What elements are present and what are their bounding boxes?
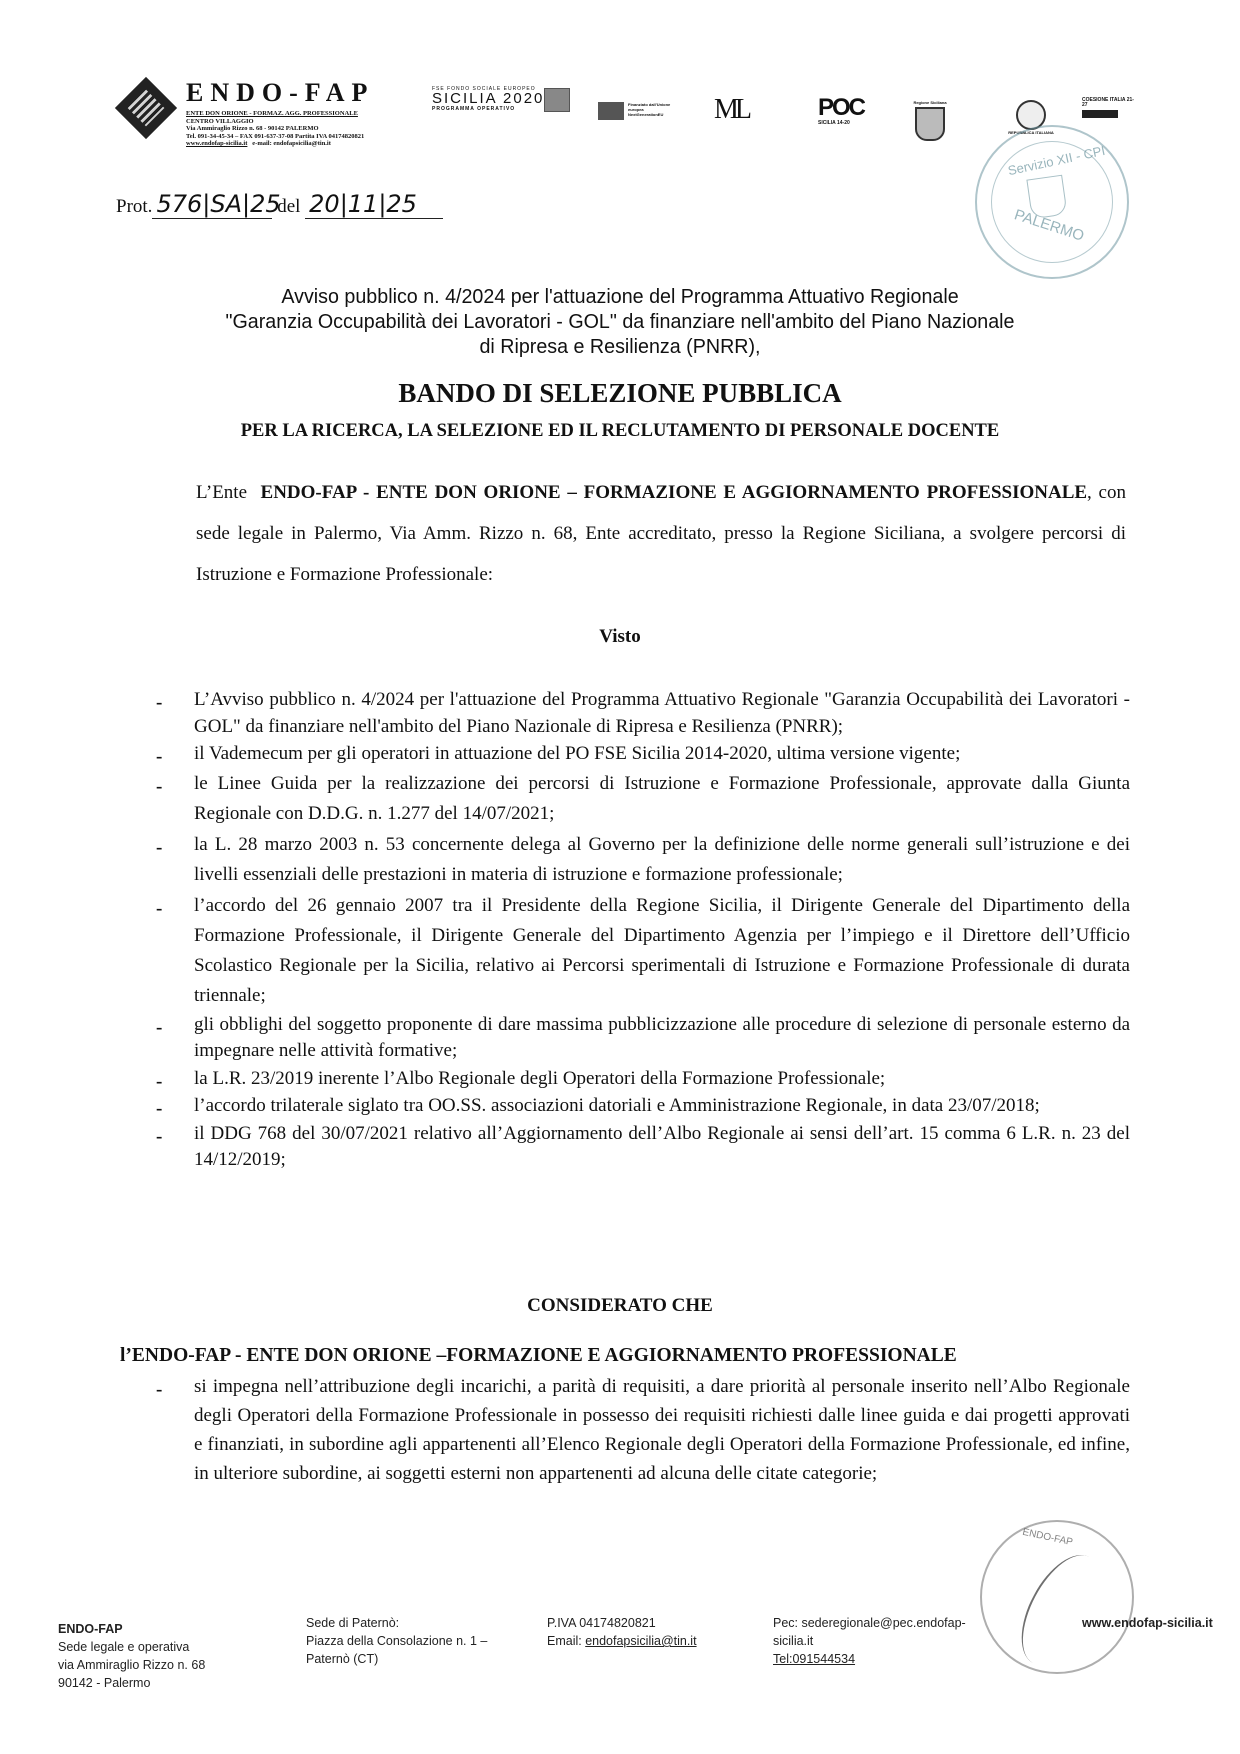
bando-heading: BANDO DI SELEZIONE PUBBLICA [140, 378, 1100, 409]
eu-nextgen-logo: Finanziato dall'Unione europea NextGener… [598, 100, 678, 120]
coesione-label: COESIONE ITALIA 21-27 [1082, 98, 1134, 108]
footer-web-link[interactable]: www.endofap-sicilia.it [1082, 1614, 1240, 1632]
list-item: il DDG 768 del 30/07/2021 relativo all’A… [148, 1121, 1130, 1174]
regione-label: Regione Siciliana [908, 100, 952, 105]
endo-line4: Tel. 091-34-45-34 – FAX 091-637-37-08 Pa… [186, 133, 446, 141]
list-item: la L.R. 23/2019 inerente l’Albo Regional… [148, 1066, 1130, 1093]
footer-col-paterno: Sede di Paternò: Piazza della Consolazio… [306, 1614, 536, 1668]
coesione-italia-logo: COESIONE ITALIA 21-27 [1082, 98, 1134, 120]
intro-paragraph: L’Ente ENDO-FAP - ENTE DON ORIONE – FORM… [196, 472, 1126, 595]
footer-email-link[interactable]: endofapsicilia@tin.it [585, 1634, 696, 1648]
list-item: la L. 28 marzo 2003 n. 53 concernente de… [148, 830, 1130, 890]
endo-fap-emblem-icon [115, 77, 177, 139]
considerato-list: si impegna nell’attribuzione degli incar… [148, 1372, 1130, 1489]
endo-line1: ENTE DON ORIONE - FORMAZ. AGG. PROFESSIO… [186, 110, 446, 118]
footer-col-pec: Pec: sederegionale@pec.endofap- sicilia.… [773, 1614, 993, 1668]
regione-siciliana-logo: Regione Siciliana [908, 100, 952, 146]
list-item: il Vademecum per gli operatori in attuaz… [148, 741, 1130, 768]
intro-entity: ENDO-FAP - ENTE DON ORIONE – FORMAZIONE … [261, 482, 1088, 503]
intro-prefix: L’Ente [196, 482, 247, 503]
endo-line2: CENTRO VILLAGGIO [186, 118, 446, 126]
footer-piva: P.IVA 04174820821 [547, 1614, 757, 1632]
regione-shield-icon [915, 107, 945, 141]
list-item: le Linee Guida per la realizzazione dei … [148, 769, 1130, 829]
endo-web-link[interactable]: www.endofap-sicilia.it [186, 140, 247, 147]
considerato-heading: CONSIDERATO CHE [140, 1295, 1100, 1317]
footer-col-piva: P.IVA 04174820821 Email: endofapsicilia@… [547, 1614, 757, 1650]
footer-endo-line2: via Ammiraglio Rizzo n. 68 [58, 1656, 278, 1674]
list-item: L’Avviso pubblico n. 4/2024 per l'attuaz… [148, 687, 1130, 740]
endo-email: e-mail: endofapsicilia@tin.it [252, 140, 331, 147]
endo-fap-logo: ENDO-FAP ENTE DON ORIONE - FORMAZ. AGG. … [120, 78, 420, 158]
list-item: l’accordo del 26 gennaio 2007 tra il Pre… [148, 891, 1130, 1011]
avviso-line2: "Garanzia Occupabilità dei Lavoratori - … [159, 309, 1081, 334]
poc-logo: POC SICILIA 14-20 [818, 96, 874, 136]
avviso-line3: di Ripresa e Resilienza (PNRR), [159, 334, 1081, 359]
protocol-label: Prot. [116, 196, 152, 217]
poc-text: POC [818, 96, 874, 120]
avviso-title: Avviso pubblico n. 4/2024 per l'attuazio… [159, 284, 1081, 359]
sicilia-emblem-icon [544, 88, 570, 112]
visto-list: L’Avviso pubblico n. 4/2024 per l'attuaz… [148, 687, 1130, 1175]
footer-endo-title: ENDO-FAP [58, 1620, 278, 1638]
protocol-line: Prot.576|SA|25 del 20|11|25 [116, 190, 443, 219]
endo-fap-title: ENDO-FAP [186, 78, 374, 108]
endo-fap-address-block: ENTE DON ORIONE - FORMAZ. AGG. PROFESSIO… [186, 110, 446, 148]
cpi-palermo-stamp: Servizio XII - CPI PALERMO [975, 125, 1129, 279]
list-item: gli obblighi del soggetto proponente di … [148, 1012, 1130, 1065]
footer-paterno-line1: Piazza della Consolazione n. 1 – [306, 1632, 536, 1650]
poc-sub: SICILIA 14-20 [818, 120, 874, 126]
eu-flag-icon [598, 102, 624, 120]
eu-text: Finanziato dall'Unione europea NextGener… [628, 102, 678, 117]
protocol-del-label: del [277, 196, 300, 217]
ml-text: ML [714, 96, 764, 124]
footer-email-label: Email: [547, 1634, 585, 1648]
footer-paterno-line2: Paternò (CT) [306, 1650, 536, 1668]
sicilia-2020-logo: FSE FONDO SOCIALE EUROPEO SICILIA 2020 P… [432, 86, 572, 116]
protocol-date: 20|11|25 [305, 190, 443, 219]
list-item: l’accordo trilaterale siglato tra OO.SS.… [148, 1093, 1130, 1120]
list-item: si impegna nell’attribuzione degli incar… [148, 1372, 1130, 1488]
ministero-lavoro-logo: ML [714, 96, 764, 132]
endo-line3: Via Ammiraglio Rizzo n. 68 - 90142 PALER… [186, 125, 446, 133]
considerato-entity: l’ENDO-FAP - ENTE DON ORIONE –FORMAZIONE… [120, 1345, 1120, 1367]
bando-subtitle: PER LA RICERCA, LA SELEZIONE ED IL RECLU… [140, 421, 1100, 442]
footer-col-endo: ENDO-FAP Sede legale e operativa via Amm… [58, 1620, 278, 1692]
footer-paterno-title: Sede di Paternò: [306, 1614, 536, 1632]
footer-pec: Pec: sederegionale@pec.endofap- [773, 1614, 993, 1632]
footer-endo-line3: 90142 - Palermo [58, 1674, 278, 1692]
protocol-number: 576|SA|25 [152, 190, 272, 219]
stamp-bottom-text: ENDO-FAP [1021, 1527, 1073, 1548]
footer-endo-line1: Sede legale e operativa [58, 1638, 278, 1656]
footer-col-web: www.endofap-sicilia.it [1082, 1614, 1240, 1632]
footer-pec2: sicilia.it [773, 1632, 993, 1650]
avviso-line1: Avviso pubblico n. 4/2024 per l'attuazio… [159, 284, 1081, 309]
coesione-bar-icon [1082, 110, 1118, 118]
visto-heading: Visto [140, 626, 1100, 648]
footer-tel-link[interactable]: Tel:091544534 [773, 1650, 993, 1668]
